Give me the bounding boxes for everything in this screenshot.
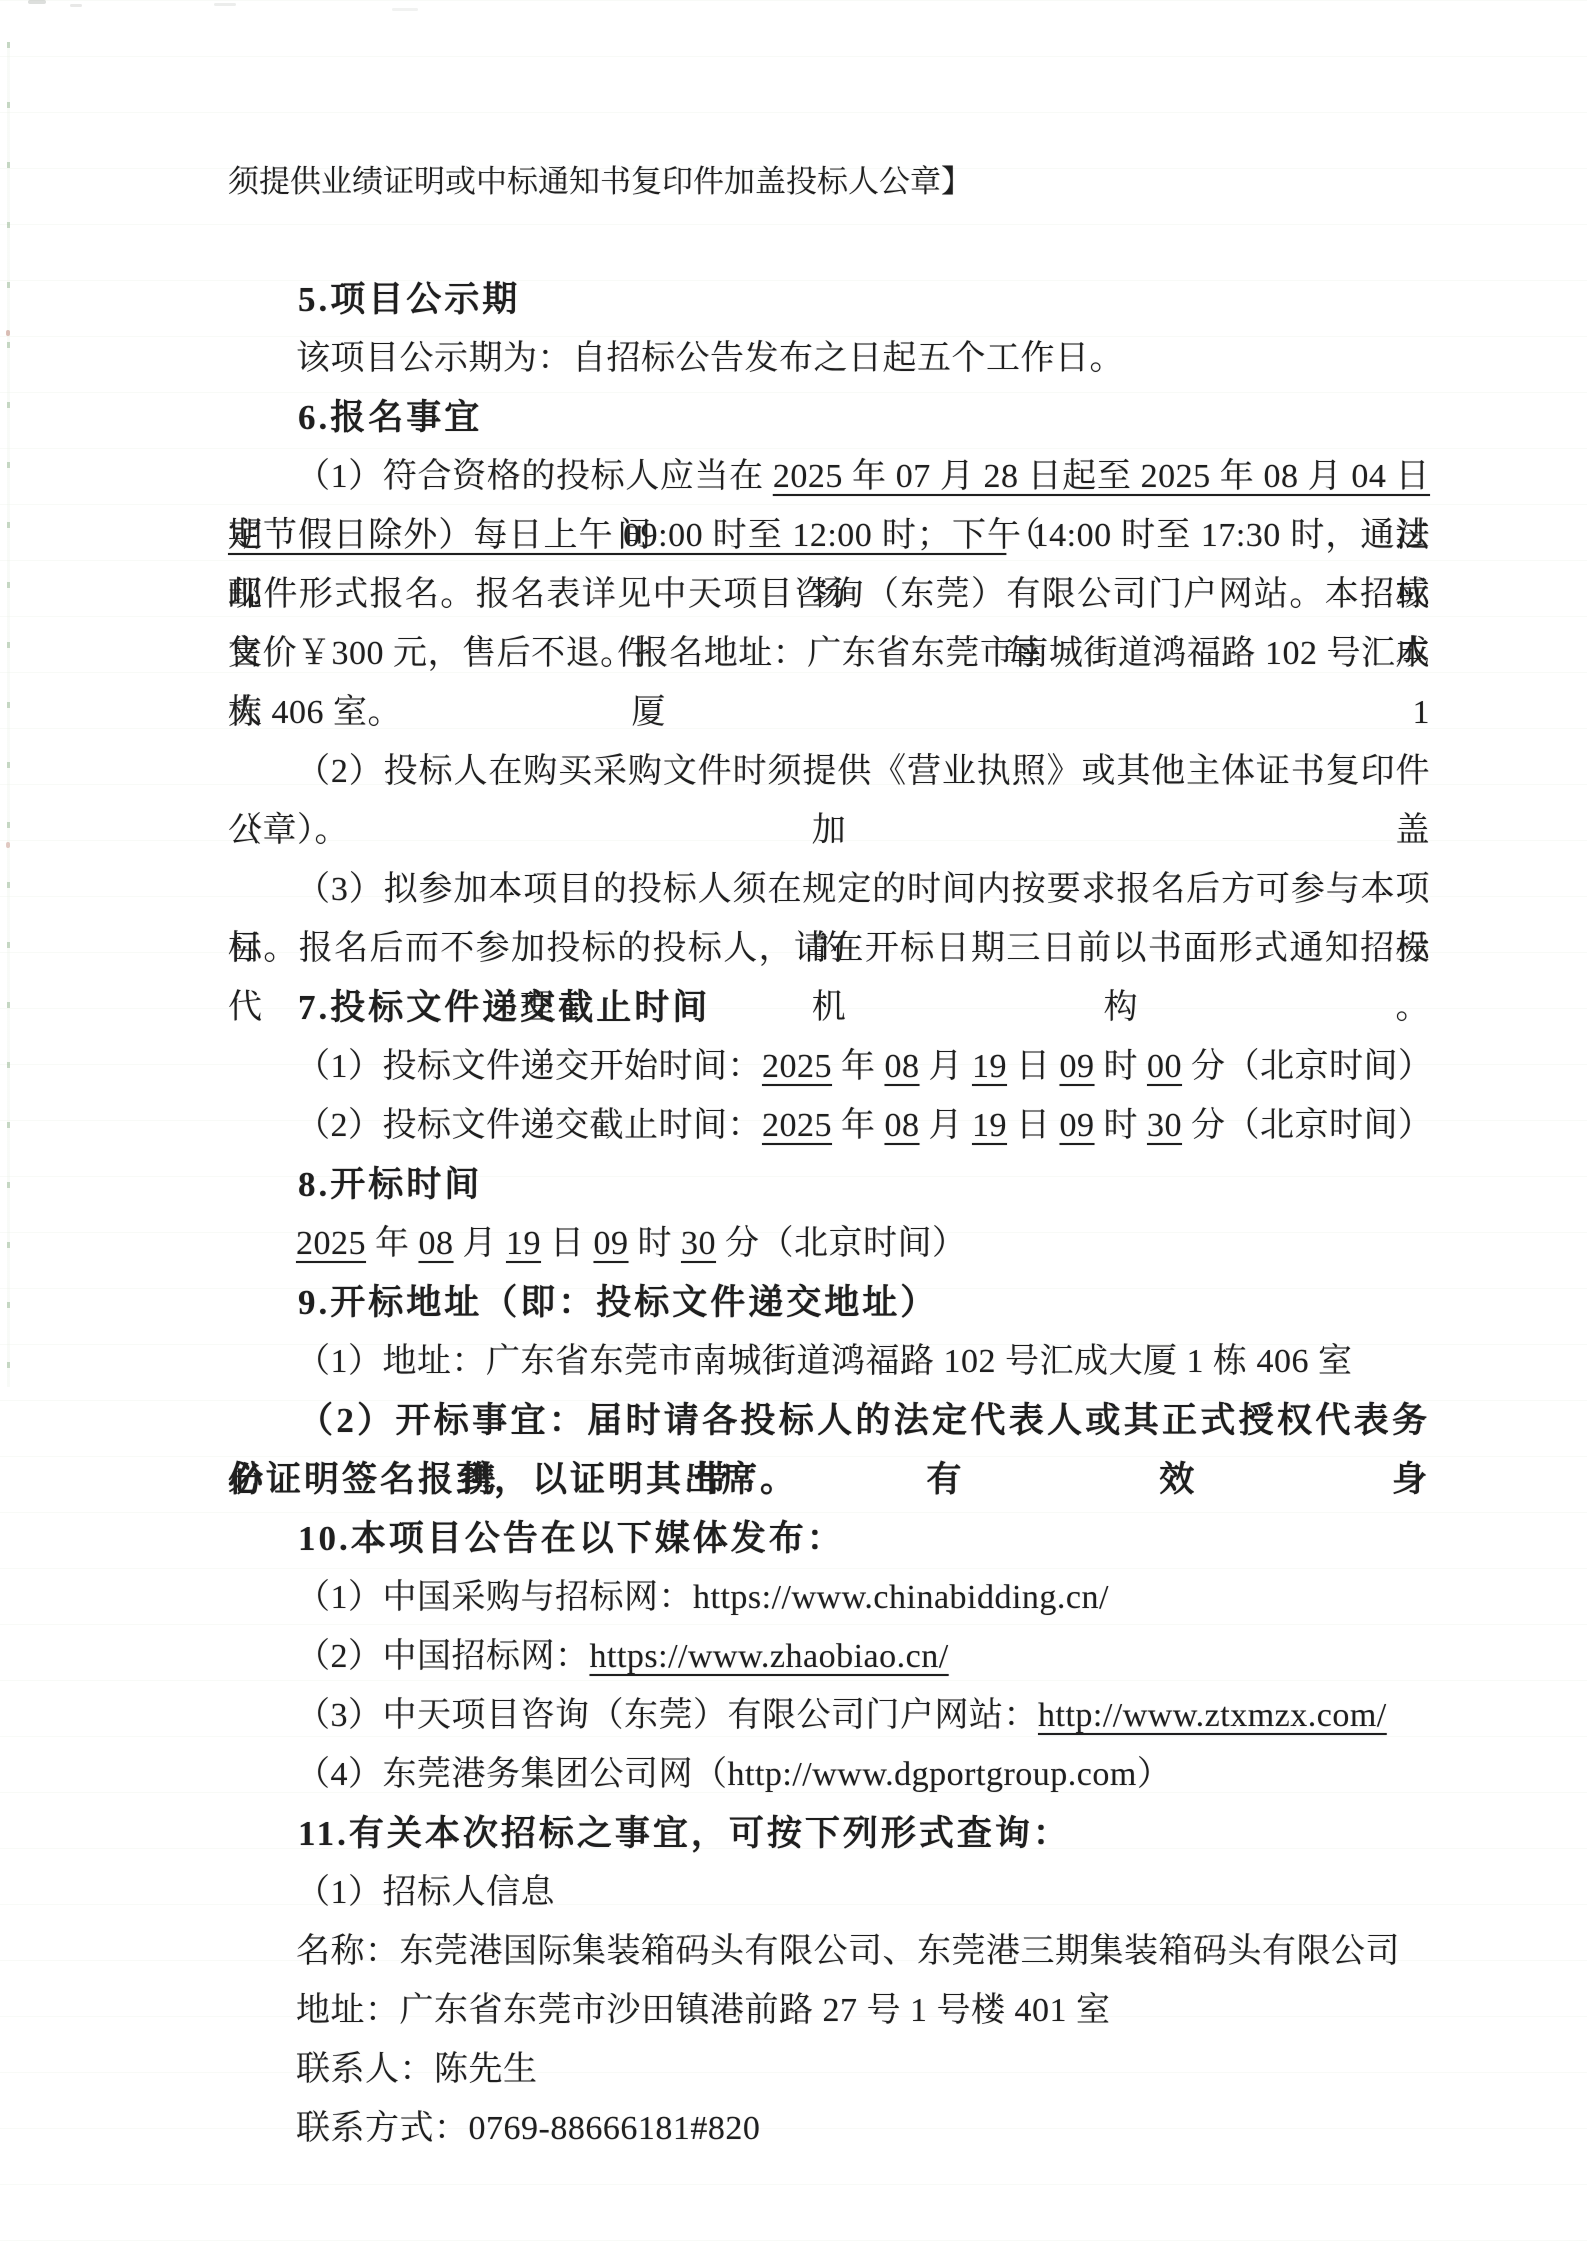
text-run: 8.开标时间 bbox=[298, 1165, 482, 1204]
text-run: 年 bbox=[832, 1048, 885, 1085]
scan-edge-artifact bbox=[7, 42, 10, 1387]
underlined-text: 09 bbox=[1060, 1048, 1095, 1085]
text-run: 月 bbox=[920, 1107, 973, 1144]
url-chinabidding: https://www.chinabidding.cn/ bbox=[693, 1579, 1109, 1616]
text-run: 日 bbox=[1007, 1048, 1060, 1085]
underlined-text: 2025 bbox=[762, 1048, 832, 1085]
text-run: 日 bbox=[1007, 1107, 1060, 1144]
underlined-text: 19 bbox=[972, 1048, 1007, 1085]
scan-speck bbox=[6, 330, 10, 336]
text-run: （1）中国采购与招标网： bbox=[296, 1579, 693, 1616]
registration-item-2: （2）投标人在购买采购文件时须提供《营业执照》或其他主体证书复印件（加盖 bbox=[228, 742, 1430, 801]
text-run: 10.本项目公告在以下媒体发布： bbox=[298, 1519, 845, 1558]
underlined-text: 08 bbox=[885, 1107, 920, 1144]
text-run: （1）符合资格的投标人应当在 bbox=[296, 458, 773, 495]
media-item-4: （4）东莞港务集团公司网（http://www.dgportgroup.com） bbox=[228, 1745, 1430, 1804]
text-run: （4）东莞港务集团公司网（ bbox=[296, 1756, 728, 1793]
scan-smudge bbox=[392, 8, 418, 11]
media-item-3: （3）中天项目咨询（东莞）有限公司门户网站：http://www.ztxmzx.… bbox=[228, 1686, 1430, 1745]
media-item-2: （2）中国招标网：https://www.zhaobiao.cn/ bbox=[228, 1627, 1430, 1686]
registration-item-3: （3）拟参加本项目的投标人须在规定的时间内按要求报名后方可参与本项目的投 bbox=[228, 860, 1430, 919]
text-run: ） bbox=[1137, 1756, 1172, 1793]
text-run: （2）投标文件递交截止时间： bbox=[296, 1107, 762, 1144]
text-run: （1）招标人信息 bbox=[296, 1874, 555, 1911]
bid-opening-time: 2025 年 08 月 19 日 09 时 30 分（北京时间） bbox=[228, 1214, 1430, 1273]
underlined-text: 19 bbox=[506, 1225, 541, 1262]
text-run: 须提供业绩证明或中标通知书复印件加盖投标人公章】 bbox=[228, 164, 972, 199]
publicity-period-text: 该项目公示期为：自招标公告发布之日起五个工作日。 bbox=[228, 329, 1430, 388]
opening-address: （1）地址：广东省东莞市南城街道鸿福路 102 号汇成大厦 1 栋 406 室 bbox=[228, 1332, 1430, 1391]
url-dgportgroup: http://www.dgportgroup.com bbox=[728, 1756, 1137, 1793]
tenderer-info-heading: （1）招标人信息 bbox=[228, 1863, 1430, 1922]
scan-speck bbox=[6, 842, 10, 848]
text-run: 份证明签名报到，以证明其出席。 bbox=[228, 1460, 798, 1499]
tenderer-name: 名称：东莞港国际集装箱码头有限公司、东莞港三期集装箱码头有限公司 bbox=[228, 1922, 1430, 1981]
url-ztxmzx: http://www.ztxmzx.com/ bbox=[1038, 1697, 1387, 1734]
scan-smudge bbox=[28, 0, 46, 4]
underlined-text: 09 bbox=[594, 1225, 629, 1262]
text-run: 日 bbox=[541, 1225, 594, 1262]
text-run: 售价￥300 元，售后不退。报名地址：广东省东莞市南城街道鸿福路 102 号汇成… bbox=[228, 635, 1430, 731]
document-text-block: 须提供业绩证明或中标通知书复印件加盖投标人公章】5.项目公示期该项目公示期为：自… bbox=[228, 152, 1430, 2158]
text-run: 时 bbox=[629, 1225, 682, 1262]
tenderer-contact-person: 联系人：陈先生 bbox=[228, 2040, 1430, 2099]
heading-section-5: 5.项目公示期 bbox=[228, 270, 1430, 329]
scan-smudge bbox=[214, 3, 236, 6]
text-run: 6.报名事宜 bbox=[298, 398, 482, 437]
tenderer-address: 地址：广东省东莞市沙田镇港前路 27 号 1 号楼 401 室 bbox=[228, 1981, 1430, 2040]
text-run: 月 bbox=[454, 1225, 507, 1262]
text-run: 联系方式：0769-88666181#820 bbox=[296, 2110, 760, 2147]
registration-item-1-line2: 定节假日除外）每日上午 09:00 时至 12:00 时；下午 14:00 时至… bbox=[228, 506, 1430, 565]
text-run: 联系人：陈先生 bbox=[296, 2051, 538, 2088]
text-run: 该项目公示期为：自招标公告发布之日起五个工作日。 bbox=[296, 340, 1124, 377]
text-run: 年 bbox=[366, 1225, 419, 1262]
underlined-text: 2025 bbox=[296, 1225, 366, 1262]
text-run: 分（北京时间） bbox=[716, 1225, 967, 1262]
opening-matters: （2）开标事宜：届时请各投标人的法定代表人或其正式授权代表务必携带有效身 bbox=[228, 1391, 1430, 1450]
heading-section-11: 11.有关本次招标之事宜，可按下列形式查询： bbox=[228, 1804, 1430, 1863]
underlined-text: 2025 bbox=[762, 1107, 832, 1144]
registration-item-1-line3: 邮件形式报名。报名表详见中天项目咨询（东莞）有限公司门户网站。本招标文件每本 bbox=[228, 565, 1430, 624]
text-run: （1）投标文件递交开始时间： bbox=[296, 1048, 762, 1085]
underlined-text: 08 bbox=[419, 1225, 454, 1262]
text-run: 9.开标地址（即：投标文件递交地址） bbox=[298, 1283, 938, 1322]
text-run: （2）中国招标网： bbox=[296, 1638, 590, 1675]
text-run: 7.投标文件递交截止时间 bbox=[298, 988, 710, 1027]
registration-item-1-line4: 售价￥300 元，售后不退。报名地址：广东省东莞市南城街道鸿福路 102 号汇成… bbox=[228, 624, 1430, 683]
text-run: （3）中天项目咨询（东莞）有限公司门户网站： bbox=[296, 1697, 1038, 1734]
heading-section-9: 9.开标地址（即：投标文件递交地址） bbox=[228, 1273, 1430, 1332]
scan-smudge bbox=[70, 4, 82, 7]
submission-start-time: （1）投标文件递交开始时间：2025 年 08 月 19 日 09 时 00 分… bbox=[228, 1037, 1430, 1096]
text-run: 11.有关本次招标之事宜，可按下列形式查询： bbox=[298, 1814, 1071, 1853]
text-run: 年 bbox=[832, 1107, 885, 1144]
underlined-text: 00 bbox=[1147, 1048, 1182, 1085]
registration-item-1: （1）符合资格的投标人应当在 2025 年 07 月 28 日起至 2025 年… bbox=[228, 447, 1430, 506]
text-run: （1）地址：广东省东莞市南城街道鸿福路 102 号汇成大厦 1 栋 406 室 bbox=[296, 1343, 1353, 1380]
text-run: 5.项目公示期 bbox=[298, 280, 520, 319]
blank-line bbox=[228, 211, 1430, 270]
text-run: 名称：东莞港国际集装箱码头有限公司、东莞港三期集装箱码头有限公司 bbox=[296, 1933, 1400, 1970]
underlined-text: 19 bbox=[972, 1107, 1007, 1144]
text-run: 分（北京时间） bbox=[1182, 1048, 1433, 1085]
heading-section-6: 6.报名事宜 bbox=[228, 388, 1430, 447]
registration-item-3-line2: 标。报名后而不参加投标的投标人，请在开标日期三日前以书面形式通知招标代理机构。 bbox=[228, 919, 1430, 978]
text-run: 时 bbox=[1095, 1048, 1148, 1085]
text-run: （2）投标人在购买采购文件时须提供《营业执照》或其他主体证书复印件（加盖 bbox=[228, 753, 1430, 849]
underlined-text: 30 bbox=[681, 1225, 716, 1262]
submission-deadline-time: （2）投标文件递交截止时间：2025 年 08 月 19 日 09 时 30 分… bbox=[228, 1096, 1430, 1155]
underlined-text: 30 bbox=[1147, 1107, 1182, 1144]
text-run: 时 bbox=[1095, 1107, 1148, 1144]
heading-section-10: 10.本项目公告在以下媒体发布： bbox=[228, 1509, 1430, 1568]
heading-section-8: 8.开标时间 bbox=[228, 1155, 1430, 1214]
carryover-clause: 须提供业绩证明或中标通知书复印件加盖投标人公章】 bbox=[228, 152, 1430, 211]
text-run: 分（北京时间） bbox=[1182, 1107, 1433, 1144]
underlined-text: 08 bbox=[885, 1048, 920, 1085]
media-item-1: （1）中国采购与招标网：https://www.chinabidding.cn/ bbox=[228, 1568, 1430, 1627]
text-run: 月 bbox=[920, 1048, 973, 1085]
scanned-document-page: 须提供业绩证明或中标通知书复印件加盖投标人公章】5.项目公示期该项目公示期为：自… bbox=[0, 0, 1587, 2245]
text-run: 地址：广东省东莞市沙田镇港前路 27 号 1 号楼 401 室 bbox=[296, 1992, 1111, 2029]
text-run: 公章）。 bbox=[228, 812, 349, 849]
underlined-text: 09 bbox=[1060, 1107, 1095, 1144]
tenderer-contact-phone: 联系方式：0769-88666181#820 bbox=[228, 2099, 1430, 2158]
text-run: 栋 406 室。 bbox=[228, 694, 402, 731]
url-zhaobiao: https://www.zhaobiao.cn/ bbox=[590, 1638, 949, 1675]
